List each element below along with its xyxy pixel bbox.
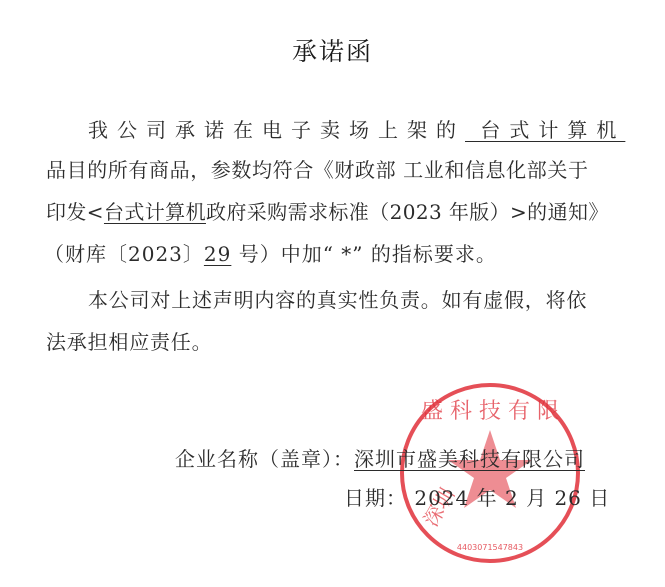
- paragraph2-line2: 法承担相应责任。: [46, 326, 212, 355]
- document-title: 承诺函: [0, 32, 665, 68]
- date-day-unit: 日: [589, 486, 610, 510]
- date-month: 2: [505, 486, 519, 510]
- svg-text:4403071547843: 4403071547843: [457, 543, 523, 552]
- paragraph2-line1: 本公司对上述声明内容的真实性负责。如有虚假，将依: [88, 284, 587, 313]
- date-day: 26: [554, 486, 581, 510]
- product-category: 台式计算机: [465, 118, 625, 142]
- document-number: 29: [204, 242, 231, 266]
- paragraph1-line1: 我公司承诺在电子卖场上架的 台式计算机: [88, 114, 625, 143]
- company-name: 深圳市盛美科技有限公司: [354, 447, 585, 471]
- seal-icon: 盛 科 技 有 限 深圳 4403071547843: [395, 378, 585, 568]
- line4-prefix: （财库〔2023〕: [44, 242, 204, 266]
- date-line: 日期： 2024 年 2 月 26 日: [344, 482, 610, 511]
- company-label: 企业名称（盖章）：: [175, 447, 354, 471]
- company-line: 企业名称（盖章）：深圳市盛美科技有限公司: [175, 443, 585, 472]
- svg-text:盛 科 技 有 限: 盛 科 技 有 限: [421, 399, 559, 424]
- line3-suffix: 政府采购需求标准（2023 年版）>的通知》: [206, 200, 609, 224]
- date-year-unit: 年: [477, 486, 498, 510]
- product-name-underlined: 台式计算机: [104, 200, 206, 224]
- date-year: 2024: [414, 486, 469, 510]
- paragraph1-line2: 品目的所有商品，参数均符合《财政部 工业和信息化部关于: [46, 154, 589, 183]
- line3-prefix: 印发<: [46, 200, 104, 224]
- date-month-unit: 月: [526, 486, 547, 510]
- paragraph1-line4: （财库〔2023〕29 号）中加“ *” 的指标要求。: [44, 238, 497, 267]
- date-label: 日期：: [344, 486, 407, 510]
- company-seal: 盛 科 技 有 限 深圳 4403071547843: [395, 378, 585, 568]
- commitment-text: 我公司承诺在电子卖场上架的: [88, 118, 465, 142]
- paragraph1-line3: 印发<台式计算机政府采购需求标准（2023 年版）>的通知》: [46, 196, 609, 225]
- line4-suffix: 号）中加“ *” 的指标要求。: [231, 242, 497, 266]
